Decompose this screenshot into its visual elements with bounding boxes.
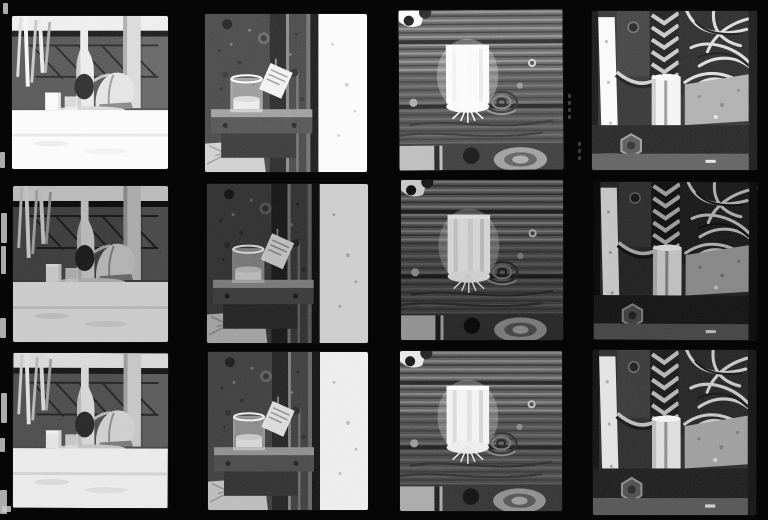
partial-frame-sliver [3, 3, 8, 14]
photo-glass-on-wood [400, 351, 562, 511]
photo-still-life-bottle [13, 353, 169, 509]
partial-frame-sliver [0, 152, 5, 168]
photo-glass-on-beam [208, 352, 368, 510]
film-edge-marking [568, 94, 571, 119]
photo-frame-r1c1-still-life-bottle [12, 16, 168, 169]
photo-frame-r3c1-still-life-bottle [13, 353, 169, 509]
photo-frame-r1c3-glass-on-wood [398, 9, 563, 170]
photo-frame-r2c1-still-life-bottle [13, 186, 168, 342]
partial-frame-sliver [0, 318, 6, 338]
photo-frame-r3c3-glass-on-wood [400, 351, 562, 511]
photo-frame-r1c4-rope-and-glass [592, 11, 757, 170]
photo-frame-r1c2-glass-on-beam [205, 14, 367, 172]
photo-rope-and-glass [594, 182, 758, 341]
photo-frame-r2c4-rope-and-glass [594, 182, 758, 341]
photo-rope-and-glass [593, 350, 756, 515]
photo-glass-on-wood [398, 9, 563, 170]
photo-frame-r3c4-rope-and-glass [593, 350, 756, 515]
film-edge-marking [578, 142, 581, 160]
photo-frame-r2c2-glass-on-beam [207, 184, 368, 343]
partial-frame-sliver [1, 213, 7, 243]
photo-rope-and-glass [592, 11, 757, 170]
photo-still-life-bottle [12, 16, 168, 169]
partial-frame-sliver [1, 246, 6, 274]
partial-frame-sliver [1, 393, 7, 423]
photo-glass-on-wood [401, 180, 563, 340]
partial-frame-sliver [0, 438, 5, 452]
photo-frame-r3c2-glass-on-beam [208, 352, 368, 510]
partial-frame-sliver [2, 506, 11, 512]
photo-glass-on-beam [205, 14, 367, 172]
photo-glass-on-beam [207, 184, 368, 343]
contact-sheet: Black-and-white contact sheet of twelve … [0, 0, 768, 520]
photo-still-life-bottle [13, 186, 168, 342]
photo-frame-r2c3-glass-on-wood [401, 180, 563, 340]
